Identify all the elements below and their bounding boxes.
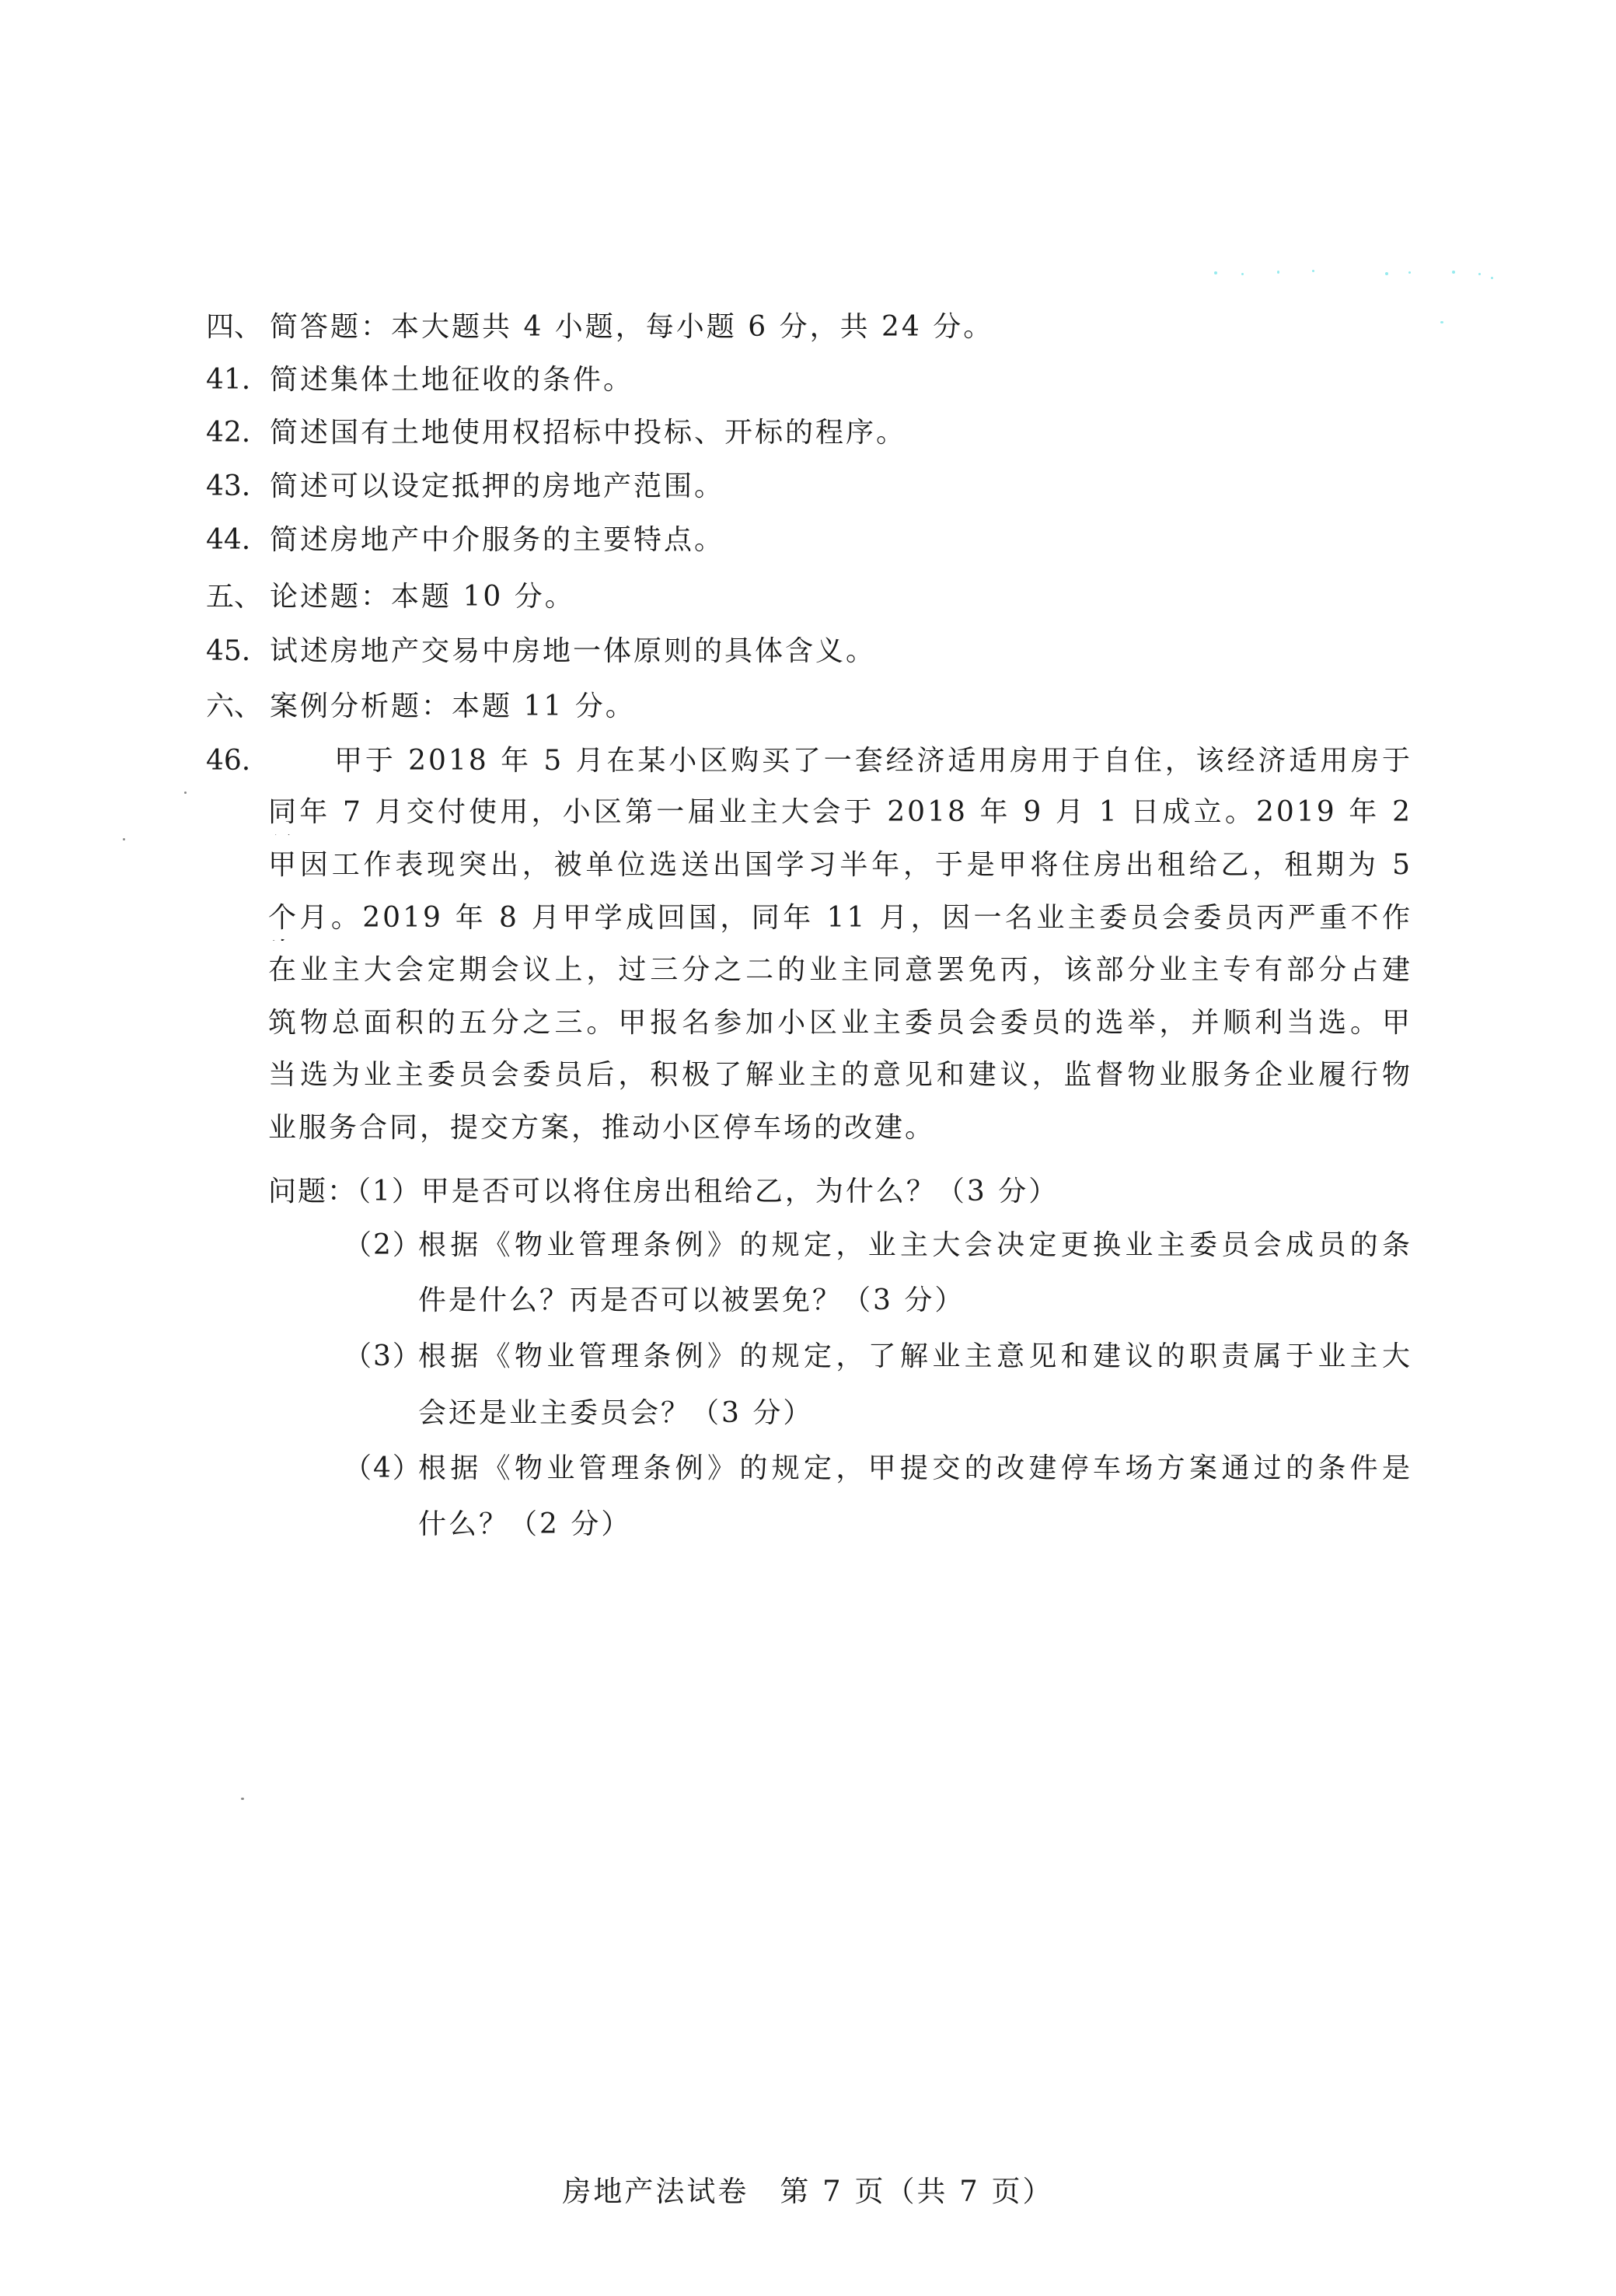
section-label: 六、 [206, 689, 270, 725]
sub-question-text: 会还是业主委员会？（3 分） [418, 1396, 813, 1436]
section-heading-text: 论述题：本题 10 分。 [270, 581, 575, 613]
case-line: 甲因工作表现突出，被单位选送出国学习半年，于是甲将住房出租给乙，租期为 5 [268, 847, 1412, 888]
case-line: 甲于 2018 年 5 月在某小区购买了一套经济适用房用于自住，该经济适用房于 [334, 743, 1412, 784]
question-number: 44. [206, 522, 270, 558]
sub-question-marker: （1） [357, 1176, 421, 1207]
questions-label: 问题： [268, 1176, 357, 1207]
question-text: 简述国有土地使用权招标中投标、开标的程序。 [270, 417, 906, 449]
case-line: 个月。2019 年 8 月甲学成回国，同年 11 月，因一名业主委员会委员丙严重… [268, 900, 1412, 941]
question-number: 41. [206, 362, 270, 398]
sub-question-marker: （2） [344, 1228, 422, 1263]
sub-question-marker: （4） [344, 1451, 422, 1487]
sub-question-text: 件是什么？丙是否可以被罢免？（3 分） [418, 1283, 965, 1323]
scan-artifact [1385, 272, 1388, 275]
scan-artifact [1214, 271, 1217, 274]
section-label: 五、 [206, 579, 270, 615]
question-42: 42.简述国有土地使用权招标中投标、开标的程序。 [206, 415, 906, 456]
sub-question-marker: （3） [344, 1339, 422, 1375]
case-line: 当选为业主委员会委员后，积极了解业主的意见和建议，监督物业服务企业履行物 [268, 1057, 1412, 1098]
question-number: 43. [206, 469, 270, 505]
question-44: 44.简述房地产中介服务的主要特点。 [206, 522, 724, 563]
page-footer: 房地产法试卷 第 7 页（共 7 页） [0, 2168, 1616, 2210]
section-heading-text: 简答题：本大题共 4 小题，每小题 6 分，共 24 分。 [270, 311, 993, 343]
section-label: 四、 [206, 309, 270, 345]
scan-artifact [1277, 271, 1279, 274]
scan-artifact [123, 838, 125, 840]
section-heading-text: 案例分析题：本题 11 分。 [270, 690, 636, 722]
case-line: 筑物总面积的五分之三。甲报名参加小区业主委员会委员的选举，并顺利当选。甲 [268, 1005, 1412, 1046]
sub-question-1: 问题：（1）甲是否可以将住房出租给乙，为什么？（3 分） [268, 1174, 1059, 1214]
scan-artifact [1241, 273, 1244, 275]
section-heading-essay: 五、论述题：本题 10 分。 [206, 579, 575, 620]
sub-question-text: 根据《物业管理条例》的规定，甲提交的改建停车场方案通过的条件是 [418, 1451, 1412, 1491]
section-heading-case: 六、案例分析题：本题 11 分。 [206, 689, 636, 729]
question-number-46: 46. [206, 743, 250, 779]
question-43: 43.简述可以设定抵押的房地产范围。 [206, 469, 724, 509]
section-heading-short-answer: 四、简答题：本大题共 4 小题，每小题 6 分，共 24 分。 [206, 309, 993, 350]
question-41: 41.简述集体土地征收的条件。 [206, 362, 633, 403]
question-number: 45. [206, 634, 270, 669]
scan-artifact [184, 792, 187, 794]
sub-question-text: 根据《物业管理条例》的规定，业主大会决定更换业主委员会成员的条 [418, 1228, 1412, 1268]
sub-question-text: 甲是否可以将住房出租给乙，为什么？（3 分） [421, 1176, 1059, 1207]
exam-page: 四、简答题：本大题共 4 小题，每小题 6 分，共 24 分。 41.简述集体土… [0, 0, 1616, 2296]
sub-question-text: 根据《物业管理条例》的规定，了解业主意见和建议的职责属于业主大 [418, 1339, 1412, 1379]
question-45: 45.试述房地产交易中房地一体原则的具体含义。 [206, 634, 876, 674]
scan-artifact [241, 1798, 244, 1800]
scan-artifact [1491, 277, 1493, 279]
question-number: 42. [206, 415, 270, 451]
question-text: 简述房地产中介服务的主要特点。 [270, 524, 724, 556]
scan-artifact [1312, 270, 1314, 272]
scan-artifact [1440, 321, 1443, 323]
case-line: 在业主大会定期会议上，过三分之二的业主同意罢免丙，该部分业主专有部分占建 [268, 952, 1412, 993]
scan-artifact [1478, 273, 1481, 275]
case-line: 业服务合同，提交方案，推动小区停车场的改建。 [268, 1110, 935, 1151]
sub-question-text: 什么？（2 分） [418, 1507, 631, 1547]
scan-artifact [1408, 271, 1411, 274]
question-text: 试述房地产交易中房地一体原则的具体含义。 [270, 635, 876, 667]
case-line: 同年 7 月交付使用，小区第一届业主大会于 2018 年 9 月 1 日成立。2… [268, 795, 1412, 835]
question-text: 简述可以设定抵押的房地产范围。 [270, 470, 724, 502]
scan-artifact [1452, 271, 1455, 274]
question-text: 简述集体土地征收的条件。 [270, 364, 633, 396]
